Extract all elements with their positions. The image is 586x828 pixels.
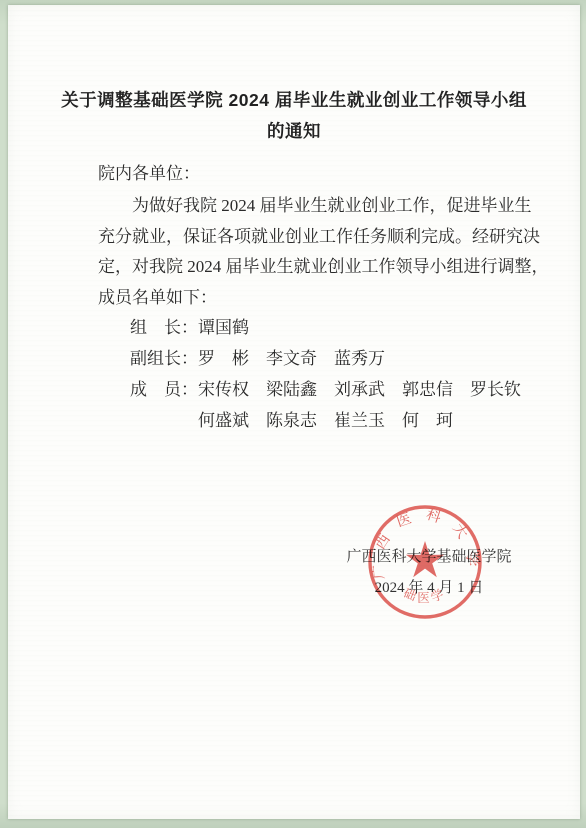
signer-name: 广西医科大学基础医学院 bbox=[308, 542, 550, 573]
roster-line-members-2: 何盛斌 陈泉志 崔兰玉 何 珂 bbox=[130, 405, 521, 436]
body-line: 成员名单如下： bbox=[98, 283, 510, 314]
notice-body: 为做好我院 2024 届毕业生就业创业工作，促进毕业生 充分就业，保证各项就业创… bbox=[98, 191, 510, 313]
body-line: 充分就业，保证各项就业创业工作任务顺利完成。经研究决 bbox=[98, 222, 510, 253]
roster-line-leader: 组 长：谭国鹤 bbox=[130, 312, 521, 343]
notice-title-line2: 的通知 bbox=[38, 116, 550, 147]
issue-date: 2024 年 4 月 1 日 bbox=[308, 573, 550, 604]
body-line: 定，对我院 2024 届毕业生就业创业工作领导小组进行调整， bbox=[98, 252, 510, 283]
roster-line-members-1: 成 员：宋传权 梁陆鑫 刘承武 郭忠信 罗长钦 bbox=[130, 374, 521, 405]
leading-group-roster: 组 长：谭国鹤 副组长：罗 彬 李文奇 蓝秀万 成 员：宋传权 梁陆鑫 刘承武 … bbox=[130, 312, 521, 436]
body-line: 为做好我院 2024 届毕业生就业创业工作，促进毕业生 bbox=[98, 191, 510, 222]
notice-title: 关于调整基础医学院 2024 届毕业生就业创业工作领导小组 的通知 bbox=[38, 85, 550, 147]
roster-line-deputy-leaders: 副组长：罗 彬 李文奇 蓝秀万 bbox=[130, 343, 521, 374]
notice-title-line1: 关于调整基础医学院 2024 届毕业生就业创业工作领导小组 bbox=[38, 85, 550, 116]
salutation: 院内各单位： bbox=[98, 164, 200, 184]
signature-block: 广西医科大学基础医学院 2024 年 4 月 1 日 bbox=[308, 542, 550, 604]
document-page: 关于调整基础医学院 2024 届毕业生就业创业工作领导小组 的通知 院内各单位：… bbox=[8, 5, 580, 819]
